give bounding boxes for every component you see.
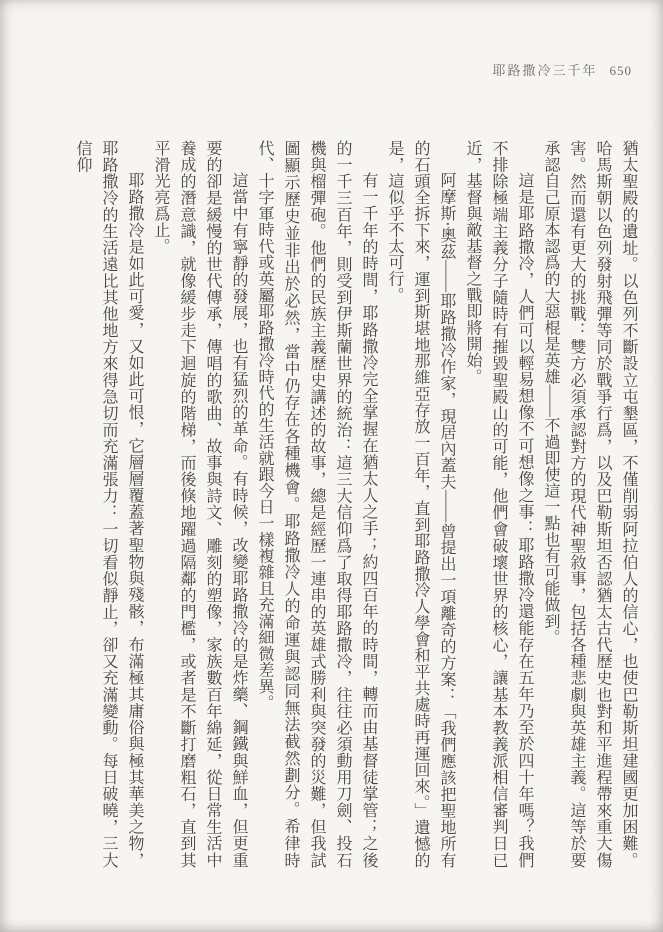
paragraph: 阿摩斯‧奧茲——耶路撒冷作家，現居內蓋夫——曾提出一項離奇的方案：「我們應該把聖… [381,140,459,868]
paragraph: 耶路撒冷是如此可愛，又如此可恨，它層層覆蓋著聖物與殘骸，布滿極其庸俗與極其華美之… [69,140,147,868]
paragraph: 猶太聖殿的遺址。以色列不斷設立屯墾區，不僅削弱阿拉伯人的信心，也使巴勒斯坦建國更… [537,140,641,868]
running-head: 耶路撒冷三千年650 [492,60,632,79]
paragraph: 這是耶路撒冷，人們可以輕易想像不可想像之事：耶路撒冷還能存在五年乃至於四十年嗎？… [459,140,537,868]
body-text: 猶太聖殿的遺址。以色列不斷設立屯墾區，不僅削弱阿拉伯人的信心，也使巴勒斯坦建國更… [69,140,641,868]
book-page: 耶路撒冷三千年650 猶太聖殿的遺址。以色列不斷設立屯墾區，不僅削弱阿拉伯人的信… [0,0,663,932]
paragraph: 有一千年的時間，耶路撒冷完全掌握在猶太人之手；約四百年的時間，轉而由基督徒掌管；… [251,140,381,868]
book-title: 耶路撒冷三千年 [492,63,597,78]
paragraph: 這當中有寧靜的發展，也有猛烈的革命。有時候，改變耶路撒冷的是炸藥、鋼鐵與鮮血，但… [147,140,251,868]
page-number: 650 [610,63,633,78]
